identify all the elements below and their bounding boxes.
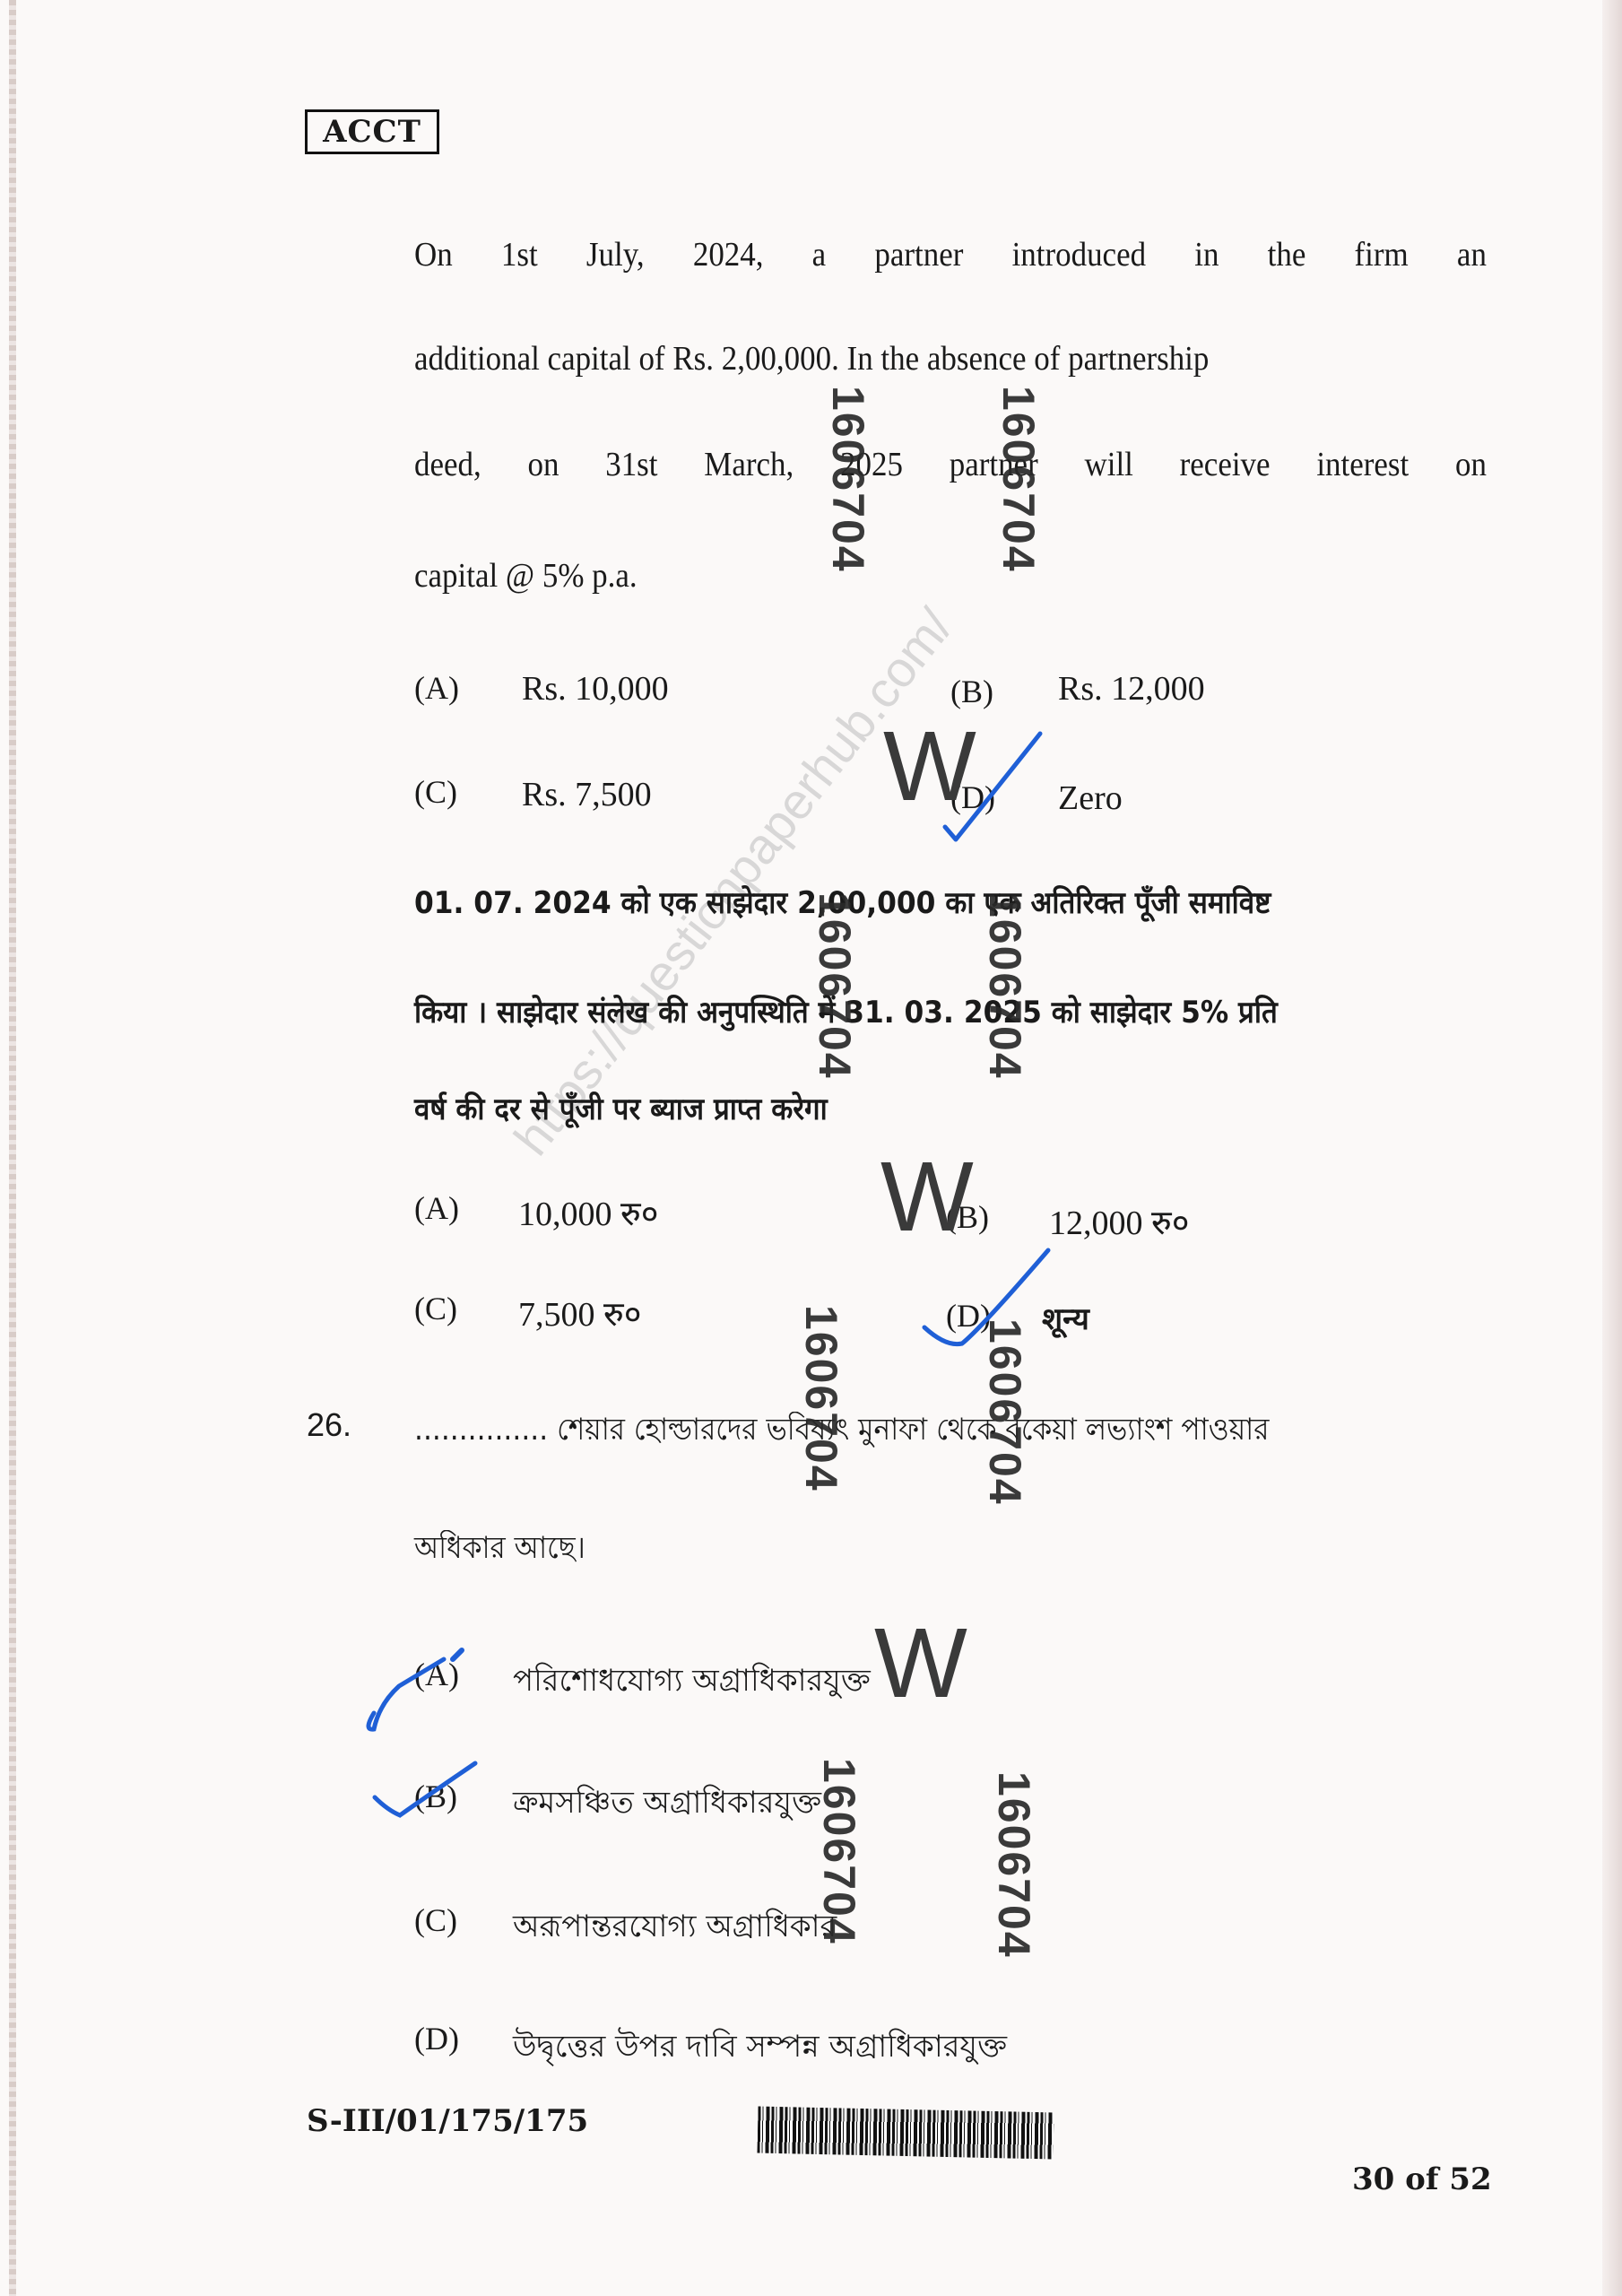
word: 1st	[501, 235, 538, 274]
option-c-text[interactable]: Rs. 7,500	[522, 775, 652, 814]
roll-number-stamp: 1606704	[988, 1771, 1040, 1959]
word: March,	[704, 445, 794, 484]
word: a	[812, 235, 827, 274]
roll-number-stamp: 1606704	[822, 386, 874, 573]
q25-hi-line-3: वर्ष की दर से पूँजी पर ब्याज प्राप्त करे…	[414, 1087, 1487, 1128]
word: firm	[1355, 235, 1409, 274]
q25-en-line-4: capital @ 5% p.a.	[414, 556, 1487, 596]
roll-number-stamp: 1606704	[809, 892, 861, 1080]
page-edge	[1602, 0, 1622, 2296]
word: On	[414, 235, 453, 274]
word: July,	[586, 235, 645, 274]
option-label: (A)	[414, 1189, 459, 1227]
checkmark-icon	[354, 1641, 480, 1740]
checkmark-icon	[368, 1758, 484, 1830]
option-label: (B)	[950, 673, 993, 710]
q25-en-line-1: On1stJuly,2024,apartnerintroducedinthefi…	[414, 235, 1487, 274]
w-mark: W	[880, 1148, 974, 1247]
q25-en-line-2: additional capital of Rs. 2,00,000. In t…	[414, 339, 1487, 378]
roll-number-stamp: 1606704	[813, 1758, 865, 1945]
q25-hi-line-1: 01. 07. 2024 को एक साझेदार 2,00,000 का ए…	[414, 881, 1487, 922]
option-b-text[interactable]: Rs. 12,000	[1058, 669, 1205, 709]
option-label: (C)	[414, 1901, 457, 1939]
option-b-text[interactable]: ক্রমসঞ্চিত অগ্রাধিকারযুক্ত	[513, 1779, 821, 1831]
question-number: 26.	[307, 1406, 351, 1444]
option-a-text[interactable]: 10,000 रु०	[518, 1189, 658, 1236]
q25-en-line-3: deed,on31stMarch,2025partnerwillreceivei…	[414, 445, 1487, 484]
word: receive	[1180, 445, 1271, 484]
word: 2024,	[693, 235, 764, 274]
option-label: (A)	[414, 669, 459, 707]
roll-number-stamp: 1606704	[795, 1305, 847, 1492]
option-b-text[interactable]: 12,000 रु०	[1049, 1198, 1189, 1245]
series-code: S-III/01/175/175	[307, 2103, 588, 2139]
option-label: (D)	[414, 2020, 459, 2057]
word: on	[528, 445, 559, 484]
word: the	[1268, 235, 1306, 274]
option-label: (C)	[414, 773, 457, 811]
option-d-text[interactable]: উদ্বৃত্তের উপর দাবি সম্পন্ন অগ্রাধিকারযু…	[513, 2023, 1007, 2074]
option-a-text[interactable]: Rs. 10,000	[522, 669, 669, 709]
subject-code-box: ACCT	[305, 109, 439, 154]
word: in	[1194, 235, 1219, 274]
word: partner	[874, 235, 963, 274]
word: introduced	[1012, 235, 1147, 274]
option-a-text[interactable]: পরিশোধযোগ্য অগ্রাধিকারযুক্ত	[513, 1657, 871, 1709]
roll-number-stamp: 1606704	[979, 892, 1031, 1080]
word: 31st	[605, 445, 657, 484]
word: will	[1084, 445, 1132, 484]
page-number: 30 of 52	[1352, 2161, 1492, 2197]
page-edge	[9, 0, 16, 2296]
option-c-text[interactable]: অরূপান্তরযোগ্য অগ্রাধিকার	[513, 1903, 837, 1954]
roll-number-stamp: 1606704	[993, 386, 1045, 573]
option-d-text[interactable]: Zero	[1058, 778, 1123, 818]
option-c-text[interactable]: 7,500 रु०	[518, 1290, 641, 1336]
q26-line-1: ............... শেয়ার হোল্ডারদের ভবিষ্য…	[414, 1406, 1487, 1457]
w-mark: W	[874, 1614, 967, 1713]
q26-line-2: অধিকার আছে।	[414, 1525, 1487, 1576]
barcode	[757, 2107, 1054, 2160]
word: interest	[1316, 445, 1409, 484]
word: deed,	[414, 445, 481, 484]
checkmark-icon	[919, 1247, 1063, 1354]
word: on	[1455, 445, 1487, 484]
checkmark-icon	[932, 726, 1058, 843]
word: an	[1457, 235, 1487, 274]
option-label: (C)	[414, 1290, 457, 1327]
q25-hi-line-2: किया । साझेदार संलेख की अनुपस्थिति में 3…	[414, 990, 1487, 1031]
